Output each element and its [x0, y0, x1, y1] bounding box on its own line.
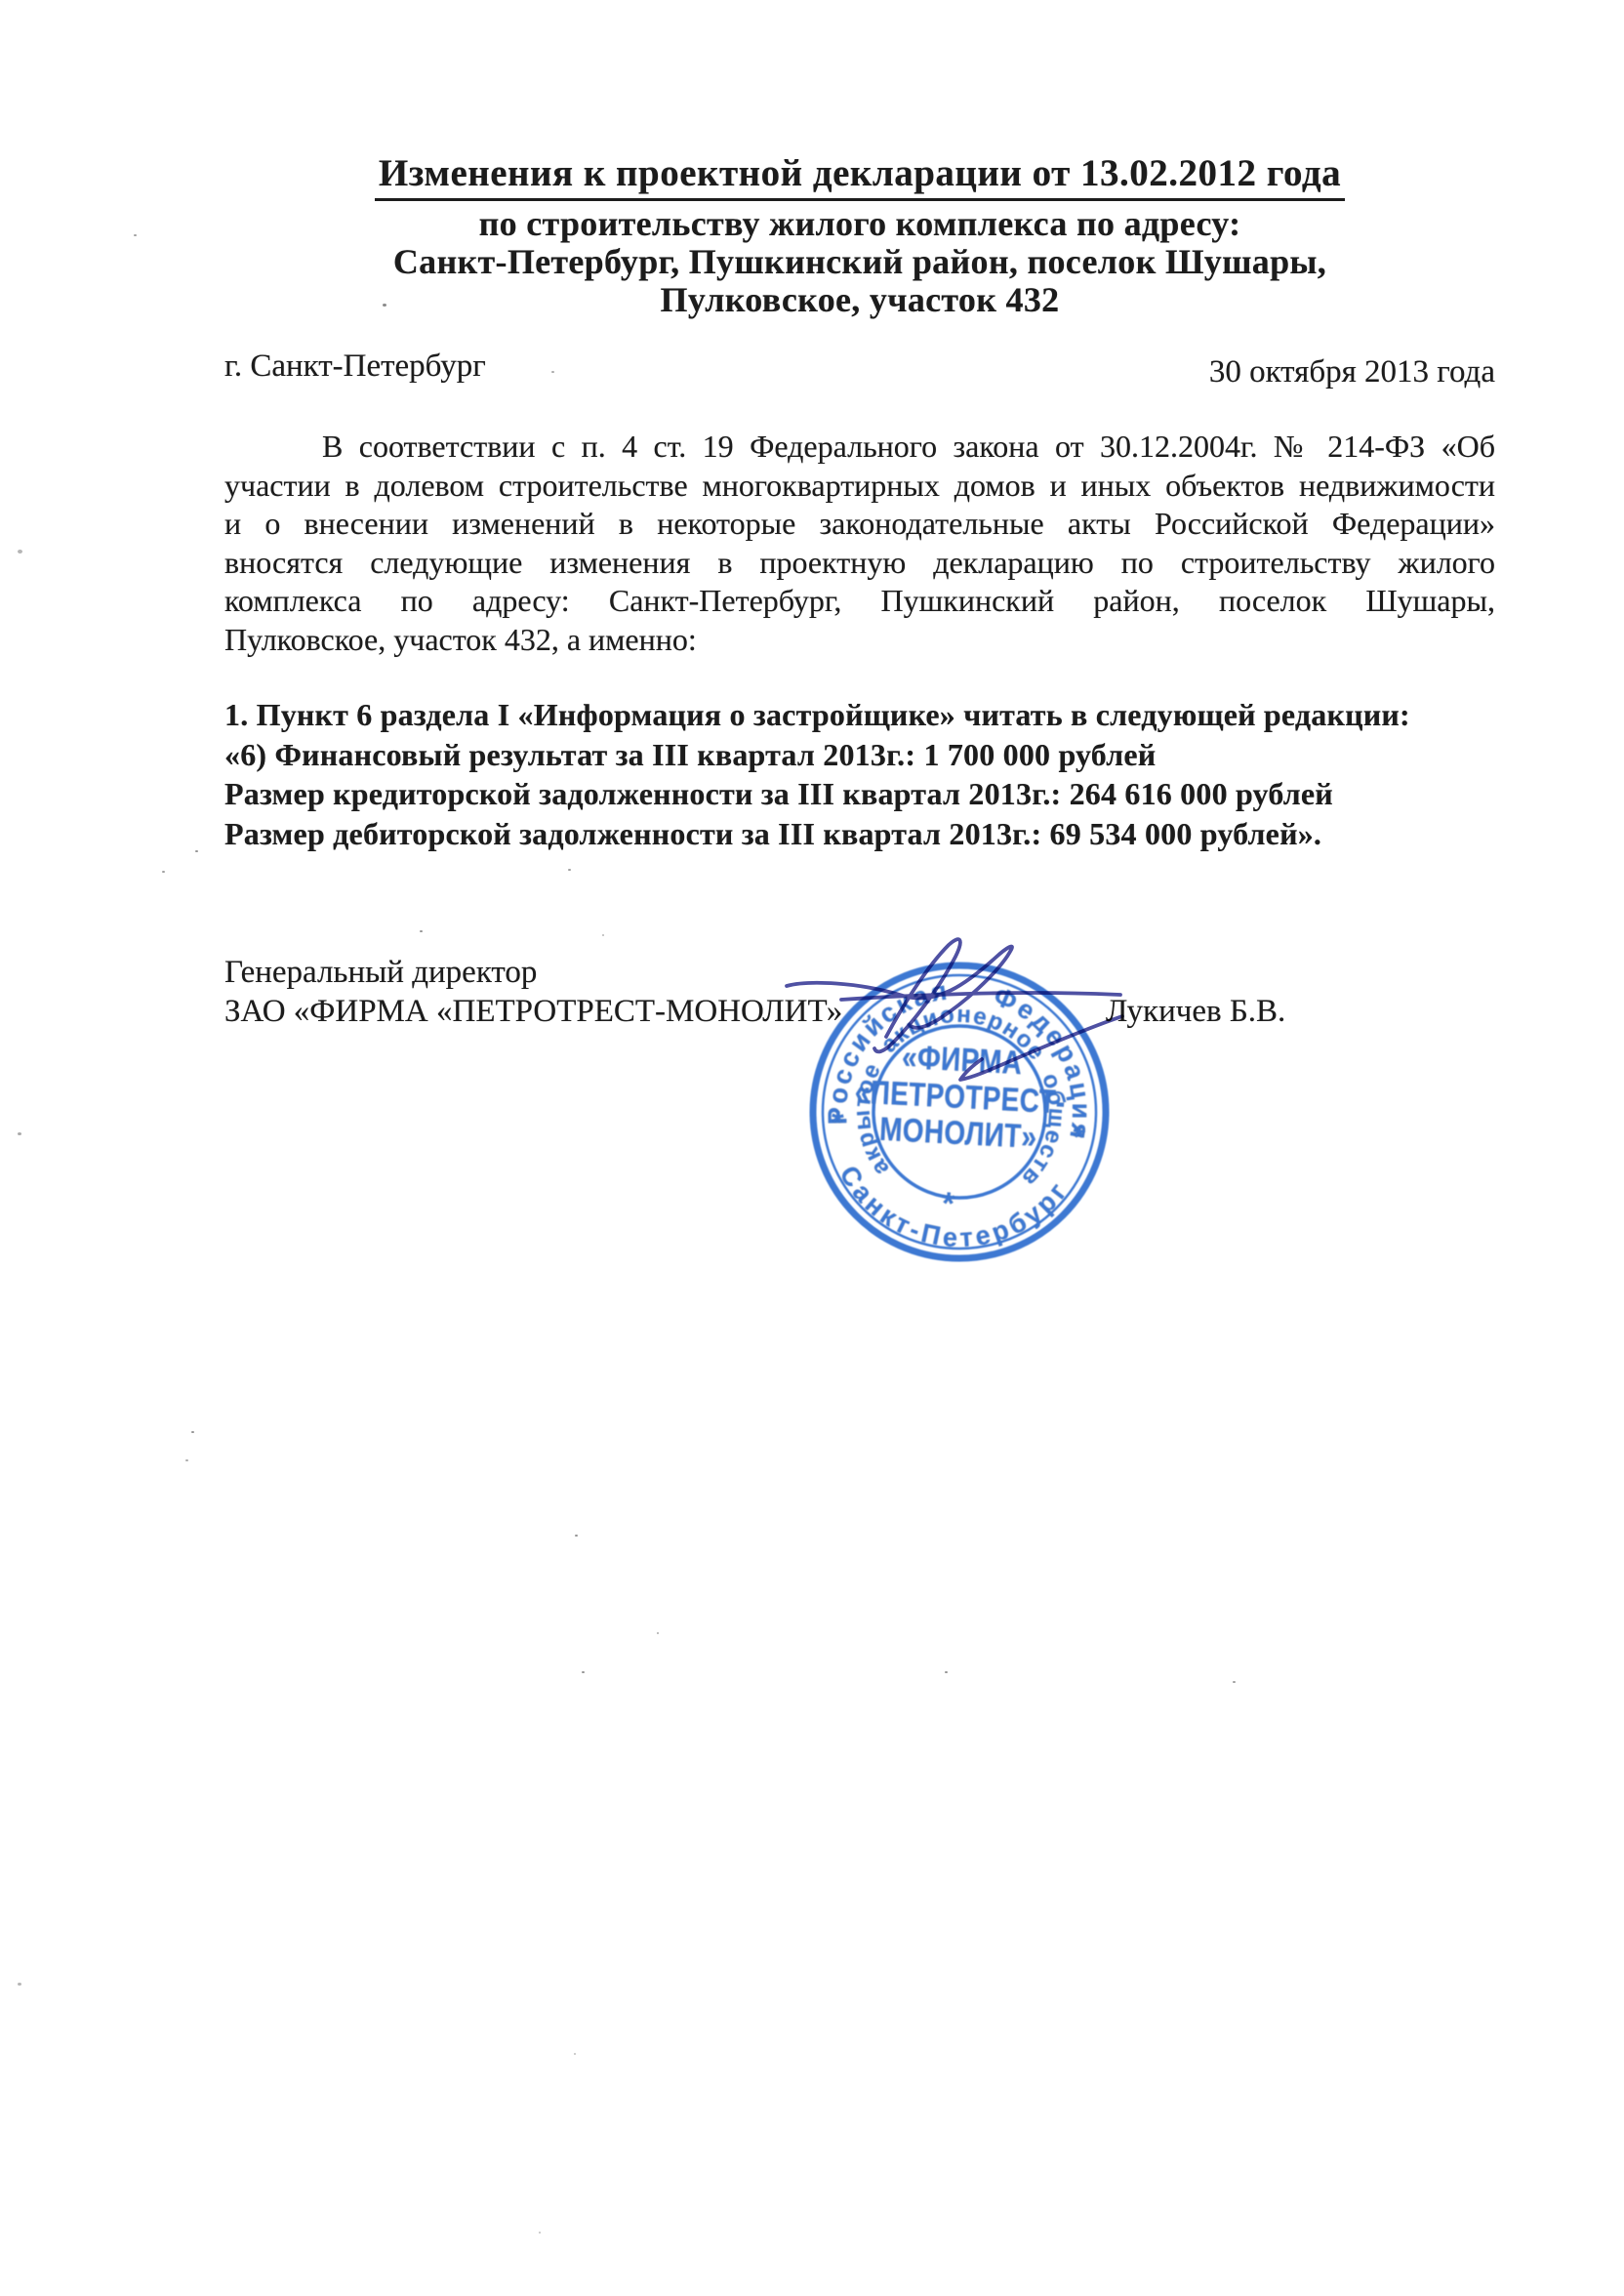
paragraph-line: Пулковское, участок 432, а именно:: [224, 621, 1495, 660]
scan-speck: [185, 1459, 188, 1461]
title-line-1-wrap: Изменения к проектной декларации от 13.0…: [224, 152, 1495, 205]
company-name: ЗАО «ФИРМА «ПЕТРОТРЕСТ-МОНОЛИТ»: [224, 994, 842, 1029]
paragraph-line: и о внесении изменений в некоторые закон…: [224, 505, 1495, 544]
signature-stroke: [960, 1016, 1122, 1080]
paragraph-line: вносятся следующие изменения в проектную…: [224, 544, 1495, 583]
amendment-line: Размер кредиторской задолженности за III…: [224, 774, 1495, 814]
amendment-line: Размер дебиторской задолженности за III …: [224, 814, 1495, 854]
date-label: 30 октября 2013 года: [1209, 353, 1495, 390]
amendment-line: 1. Пункт 6 раздела I «Информация о застр…: [224, 695, 1495, 735]
title-line-4: Пулковское, участок 432: [224, 281, 1495, 319]
amendment-line: «6) Финансовый результат за III квартал …: [224, 735, 1495, 775]
scan-speck: [420, 930, 423, 932]
place-label: г. Санкт-Петербург: [224, 348, 486, 385]
title-line-3: Санкт-Петербург, Пушкинский район, посел…: [224, 243, 1495, 281]
scan-speck: [18, 550, 22, 553]
scanned-document-page: Изменения к проектной декларации от 13.0…: [0, 0, 1624, 2296]
stamp-asterisk-left: *: [831, 1104, 845, 1140]
title-line-1: Изменения к проектной декларации от 13.0…: [375, 152, 1345, 201]
scan-speck: [1233, 1681, 1236, 1683]
stamp-asterisk-right: *: [1072, 1119, 1086, 1155]
scan-speck: [191, 1431, 194, 1433]
dateline: г. Санкт-Петербург 30 октября 2013 года: [224, 348, 1495, 385]
scan-speck: [575, 1535, 578, 1537]
scan-speck: [602, 934, 604, 936]
scan-speck: [195, 850, 198, 852]
scan-speck: [18, 1132, 21, 1135]
scan-speck: [657, 1632, 659, 1634]
stamp-asterisk-bottom: *: [941, 1185, 955, 1221]
signature-stroke: [841, 993, 1120, 1000]
paragraph-line: участии в долевом строительстве многоква…: [224, 467, 1495, 506]
amendment-section: 1. Пункт 6 раздела I «Информация о застр…: [224, 695, 1495, 853]
handwritten-signature: [761, 908, 1152, 1103]
body-paragraph: В соответствии с п. 4 ст. 19 Федеральног…: [224, 428, 1495, 659]
stamp-center-line-3: МОНОЛИТ»: [878, 1110, 1037, 1156]
title-line-2: по строительству жилого комплекса по адр…: [224, 205, 1495, 243]
document-title-block: Изменения к проектной декларации от 13.0…: [224, 152, 1495, 319]
scan-speck: [568, 869, 571, 871]
scan-speck: [945, 1671, 948, 1673]
scan-speck: [383, 304, 386, 307]
paragraph-line: комплекса по адресу: Санкт-Петербург, Пу…: [224, 582, 1495, 621]
scan-speck: [134, 234, 137, 236]
scan-speck: [18, 1983, 21, 1986]
scan-speck: [551, 371, 554, 373]
scan-speck: [582, 1671, 585, 1673]
scan-speck: [539, 2232, 541, 2234]
paragraph-line: В соответствии с п. 4 ст. 19 Федеральног…: [224, 428, 1495, 467]
scan-speck: [162, 871, 165, 873]
scan-speck: [574, 2053, 576, 2055]
